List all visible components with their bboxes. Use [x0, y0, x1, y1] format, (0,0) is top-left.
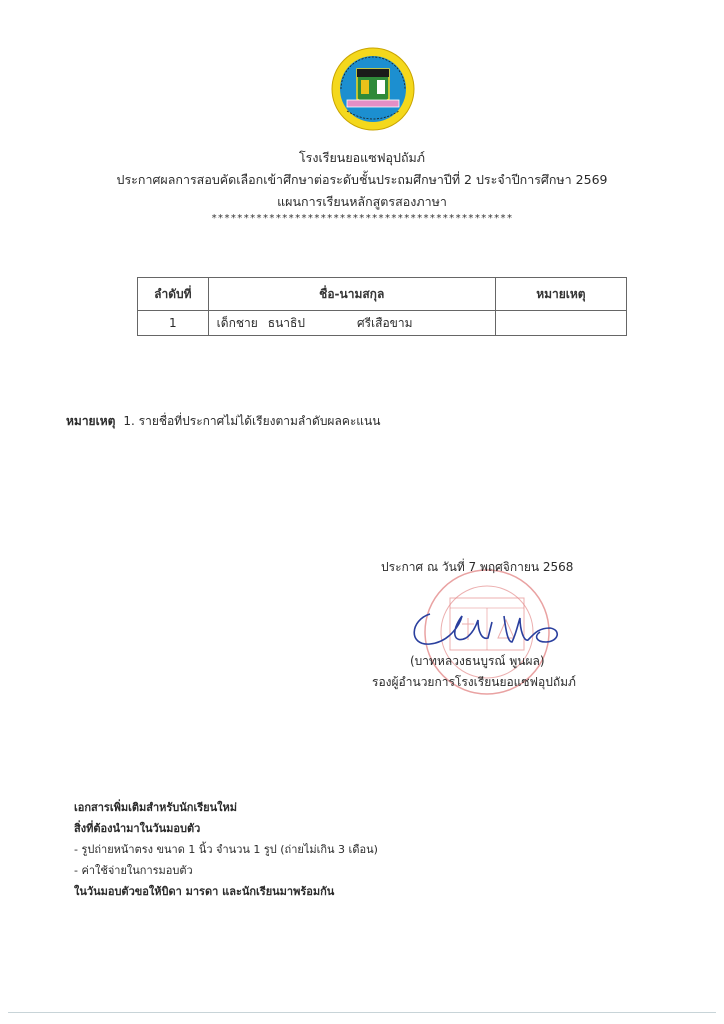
row-number: 1: [138, 311, 209, 336]
extra-docs-subheading: สิ่งที่ต้องนำมาในวันมอบตัว: [74, 818, 378, 839]
school-emblem-icon: [331, 47, 415, 131]
results-table: ลำดับที่ ชื่อ-นามสกุล หมายเหตุ 1 เด็กชาย…: [137, 277, 627, 336]
note-text: 1. รายชื่อที่ประกาศไม่ได้เรียงตามลำดับผล…: [123, 414, 380, 428]
program-name: แผนการเรียนหลักสูตรสองภาษา: [0, 192, 724, 212]
column-header-number: ลำดับที่: [138, 278, 209, 311]
list-item: - รูปถ่ายหน้าตรง ขนาด 1 นิ้ว จำนวน 1 รูป…: [74, 839, 378, 860]
separator-line: ****************************************…: [0, 213, 724, 224]
school-name: โรงเรียนยอแซฟอุปถัมภ์: [0, 148, 724, 168]
table-row: 1 เด็กชายธนาธิปศรีเสือขาม: [138, 311, 627, 336]
column-header-remark: หมายเหตุ: [495, 278, 626, 311]
signer-name: (บาทหลวงธนบูรณ์ พูนผล): [410, 652, 545, 671]
signer-title: รองผู้อำนวยการโรงเรียนยอแซฟอุปถัมภ์: [372, 673, 576, 692]
last-name: ศรีเสือขาม: [357, 314, 413, 333]
extra-docs-footer: ในวันมอบตัวขอให้บิดา มารดา และนักเรียนมา…: [74, 881, 378, 902]
note-label: หมายเหตุ: [66, 414, 115, 428]
student-name-cell: เด็กชายธนาธิปศรีเสือขาม: [208, 311, 495, 336]
announcement-date: ประกาศ ณ วันที่ 7 พฤศจิกายน 2568: [381, 558, 573, 577]
extra-documents-section: เอกสารเพิ่มเติมสำหรับนักเรียนใหม่ สิ่งที…: [74, 797, 378, 902]
note: หมายเหตุ1. รายชื่อที่ประกาศไม่ได้เรียงตา…: [66, 412, 380, 431]
row-remark: [495, 311, 626, 336]
list-item: - ค่าใช้จ่ายในการมอบตัว: [74, 860, 378, 881]
scan-artifact-line: [8, 1012, 716, 1013]
signature-icon: [400, 598, 570, 658]
first-name: ธนาธิป: [268, 314, 305, 333]
announcement-title: ประกาศผลการสอบคัดเลือกเข้าศึกษาต่อระดับช…: [0, 170, 724, 190]
name-prefix: เด็กชาย: [217, 314, 258, 333]
column-header-name: ชื่อ-นามสกุล: [208, 278, 495, 311]
extra-docs-heading: เอกสารเพิ่มเติมสำหรับนักเรียนใหม่: [74, 797, 378, 818]
table-header-row: ลำดับที่ ชื่อ-นามสกุล หมายเหตุ: [138, 278, 627, 311]
